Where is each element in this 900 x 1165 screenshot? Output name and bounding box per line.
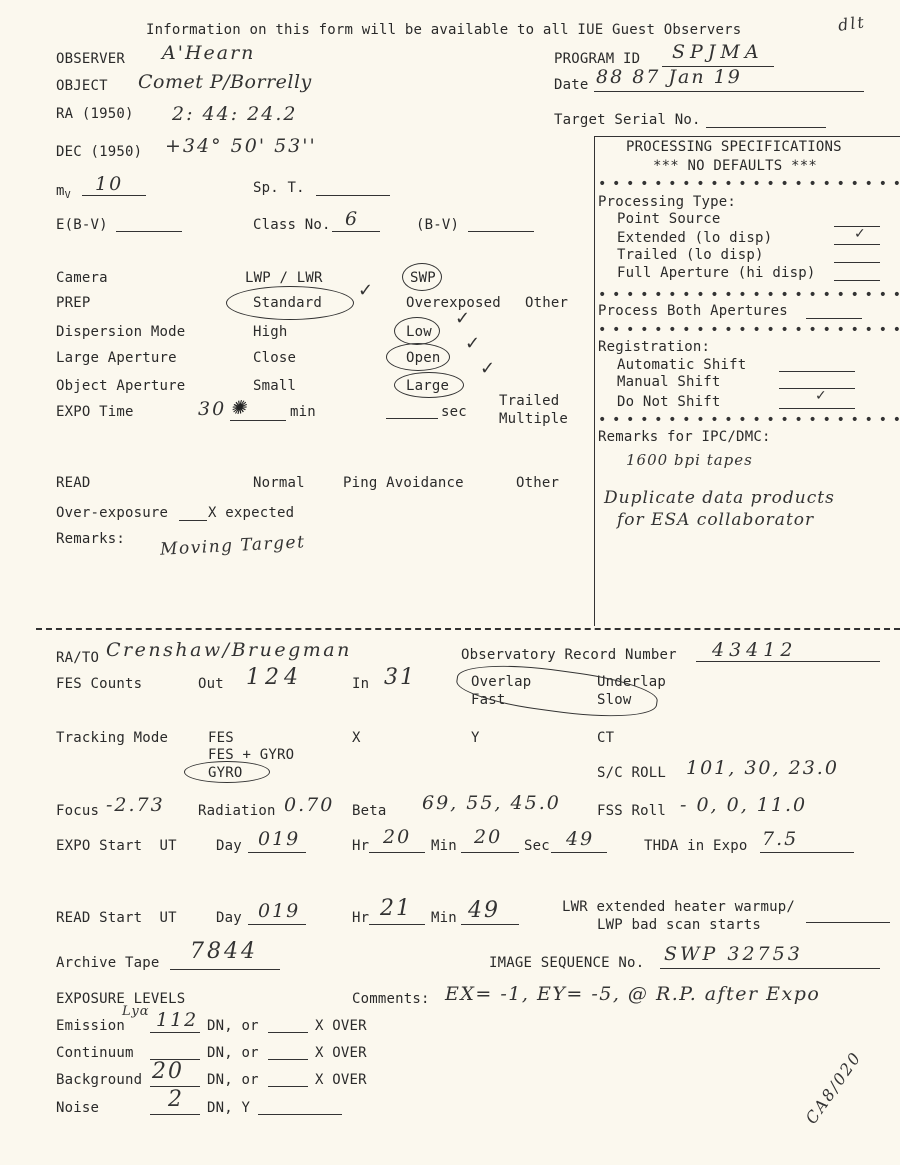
fes-in-label: In bbox=[352, 676, 369, 692]
read-option-normal[interactable]: Normal bbox=[253, 475, 305, 491]
form-notice: Information on this form will be availab… bbox=[146, 22, 741, 38]
section-divider bbox=[36, 628, 900, 630]
large-aperture-label: Large Aperture bbox=[56, 350, 177, 366]
noise-dn-field[interactable]: 2 bbox=[168, 1090, 184, 1110]
ebv-label: E(B-V) bbox=[56, 217, 108, 233]
expo-start-label: EXPO Start UT bbox=[56, 838, 177, 854]
dotted-divider: •••••••••••••••••••••••••••••••• bbox=[598, 412, 900, 428]
processing-type-point-source: Point Source bbox=[617, 211, 721, 227]
observatory-record-field[interactable]: 43412 bbox=[712, 640, 797, 660]
emission-over-field[interactable] bbox=[268, 1032, 308, 1033]
registration-automatic-shift-field[interactable] bbox=[779, 371, 855, 372]
expo-sec-field[interactable]: 49 bbox=[566, 829, 594, 849]
fes-out-field[interactable]: 124 bbox=[246, 668, 303, 688]
dec-label: DEC (1950) bbox=[56, 144, 142, 160]
observatory-record-label: Observatory Record Number bbox=[461, 647, 677, 663]
expo-trailed-option[interactable]: Trailed bbox=[499, 393, 559, 409]
image-sequence-label: IMAGE SEQUENCE No. bbox=[489, 955, 644, 971]
corner-initials: dlt bbox=[837, 12, 867, 36]
remarks-label: Remarks: bbox=[56, 531, 125, 547]
selection-circle bbox=[454, 656, 660, 726]
read-day-label: Day bbox=[216, 910, 242, 926]
thda-label: THDA in Expo bbox=[644, 838, 748, 854]
check-mark-icon: ✓ bbox=[854, 226, 866, 242]
radiation-label: Radiation bbox=[198, 803, 276, 819]
camera-label: Camera bbox=[56, 270, 108, 286]
tracking-option-fes[interactable]: FES bbox=[208, 730, 234, 746]
footer-mark: CA8/020 bbox=[802, 1048, 867, 1128]
read-day-field[interactable]: 019 bbox=[258, 901, 300, 921]
continuum-over-label: X OVER bbox=[315, 1045, 367, 1061]
comments-field[interactable]: EX= -1, EY= -5, @ R.P. after Expo bbox=[445, 984, 820, 1004]
processing-title: PROCESSING SPECIFICATIONS bbox=[626, 139, 842, 155]
object-aperture-option-small[interactable]: Small bbox=[253, 378, 296, 394]
lwr-note-line1: LWR extended heater warmup/ bbox=[562, 899, 795, 915]
lwr-note-line2: LWP bad scan starts bbox=[597, 917, 761, 933]
remarks-ipc-dmc-label: Remarks for IPC/DMC: bbox=[598, 429, 771, 445]
expo-sec-label: Sec bbox=[524, 838, 550, 854]
expo-time-label: EXPO Time bbox=[56, 404, 134, 420]
ra-field[interactable]: 2: 44: 24.2 bbox=[172, 104, 297, 124]
ebv-field[interactable] bbox=[116, 231, 182, 232]
read-option-ping-avoidance[interactable]: Ping Avoidance bbox=[343, 475, 464, 491]
radiation-field[interactable]: 0.70 bbox=[284, 795, 334, 815]
selection-circle bbox=[394, 317, 440, 345]
remarks-ipc-dmc-line1[interactable]: 1600 bpi tapes bbox=[626, 450, 753, 470]
expo-time-min-field[interactable]: 30 bbox=[198, 399, 226, 419]
emission-over-label: X OVER bbox=[315, 1018, 367, 1034]
target-serial-field[interactable] bbox=[706, 127, 826, 128]
background-over-field[interactable] bbox=[268, 1086, 308, 1087]
processing-subtitle: *** NO DEFAULTS *** bbox=[653, 158, 817, 174]
emission-label: Emission bbox=[56, 1018, 125, 1034]
read-hr-field[interactable]: 21 bbox=[380, 899, 412, 919]
selection-circle bbox=[386, 343, 450, 371]
expo-day-label: Day bbox=[216, 838, 242, 854]
fes-out-label: Out bbox=[198, 676, 224, 692]
fes-in-field[interactable]: 31 bbox=[384, 668, 416, 688]
remarks-ipc-dmc-line2[interactable]: Duplicate data products bbox=[604, 488, 835, 508]
expo-day-field[interactable]: 019 bbox=[258, 829, 300, 849]
check-mark-icon: ✓ bbox=[480, 358, 495, 379]
expo-min-label: min bbox=[290, 404, 316, 420]
tracking-mode-label: Tracking Mode bbox=[56, 730, 168, 746]
dec-field[interactable]: +34° 50' 53'' bbox=[165, 136, 317, 156]
emission-dn-field[interactable]: 112 bbox=[156, 1010, 198, 1030]
registration-do-not-shift: Do Not Shift bbox=[617, 394, 721, 410]
selection-circle bbox=[184, 761, 270, 783]
expo-sec-label: sec bbox=[441, 404, 467, 420]
dispersion-label: Dispersion Mode bbox=[56, 324, 185, 340]
selection-circle bbox=[402, 263, 442, 291]
continuum-label: Continuum bbox=[56, 1045, 134, 1061]
focus-field[interactable]: -2.73 bbox=[106, 795, 165, 815]
program-id-field[interactable]: SPJMA bbox=[672, 42, 764, 62]
check-mark-icon: ✓ bbox=[358, 280, 373, 301]
archive-tape-label: Archive Tape bbox=[56, 955, 160, 971]
process-both-apertures-label: Process Both Apertures bbox=[598, 303, 788, 319]
class-no-field[interactable]: 6 bbox=[345, 209, 359, 229]
background-label: Background bbox=[56, 1072, 142, 1088]
target-serial-label: Target Serial No. bbox=[554, 112, 701, 128]
expo-time-sec-field[interactable] bbox=[386, 418, 438, 419]
archive-tape-field[interactable]: 7844 bbox=[190, 942, 258, 962]
dotted-divider: •••••••••••••••••••••••••••••••• bbox=[598, 176, 900, 192]
read-min-field[interactable]: 49 bbox=[468, 901, 500, 921]
read-option-other[interactable]: Other bbox=[516, 475, 559, 491]
remarks-ipc-dmc-line3[interactable]: for ESA collaborator bbox=[617, 510, 814, 530]
program-id-label: PROGRAM ID bbox=[554, 51, 640, 67]
bv-label: (B-V) bbox=[416, 217, 459, 233]
expo-multiple-option[interactable]: Multiple bbox=[499, 411, 568, 427]
prep-option-other[interactable]: Other bbox=[525, 295, 568, 311]
registration-manual-shift: Manual Shift bbox=[617, 374, 721, 390]
date-field[interactable]: 88 87 Jan 19 bbox=[596, 67, 742, 87]
processing-type-extended: Extended (lo disp) bbox=[617, 230, 772, 246]
beta-label: Beta bbox=[352, 803, 387, 819]
beta-field[interactable]: 69, 55, 45.0 bbox=[422, 793, 561, 813]
dotted-divider: •••••••••••••••••••••••••••••••• bbox=[598, 322, 900, 338]
camera-option-lwp-lwr[interactable]: LWP / LWR bbox=[245, 270, 323, 286]
expo-hr-field[interactable]: 20 bbox=[383, 827, 411, 847]
continuum-suffix: DN, or bbox=[207, 1045, 259, 1061]
overexposure-field[interactable] bbox=[179, 520, 207, 521]
fes-counts-label: FES Counts bbox=[56, 676, 142, 692]
selection-circle bbox=[226, 286, 354, 320]
expo-min-field[interactable]: 20 bbox=[474, 827, 502, 847]
image-sequence-field[interactable]: SWP 32753 bbox=[664, 944, 803, 964]
mv-label: mV bbox=[56, 183, 71, 204]
expo-min-label: Min bbox=[431, 838, 457, 854]
read-label: READ bbox=[56, 475, 91, 491]
dispersion-option-high[interactable]: High bbox=[253, 324, 288, 340]
process-both-apertures-field[interactable] bbox=[806, 318, 862, 319]
ra-to-field[interactable]: Crenshaw/Bruegman bbox=[106, 640, 352, 660]
overexposure-suffix: X expected bbox=[208, 505, 294, 521]
background-dn-field[interactable]: 20 bbox=[152, 1062, 184, 1082]
object-label: OBJECT bbox=[56, 78, 108, 94]
processing-type-full-aperture: Full Aperture (hi disp) bbox=[617, 265, 815, 281]
noise-suffix: DN, Y bbox=[207, 1100, 250, 1116]
prep-option-overexposed[interactable]: Overexposed bbox=[406, 295, 501, 311]
large-aperture-option-close[interactable]: Close bbox=[253, 350, 296, 366]
date-label: Date bbox=[554, 77, 589, 93]
noise-label: Noise bbox=[56, 1100, 99, 1116]
fss-roll-label: FSS Roll bbox=[597, 803, 666, 819]
dotted-divider: •••••••••••••••••••••••••••••••• bbox=[598, 287, 900, 303]
remarks-field[interactable]: Moving Target bbox=[160, 532, 306, 560]
emission-annotation: Lyα bbox=[122, 1002, 150, 1022]
registration-do-not-shift-field[interactable] bbox=[779, 408, 855, 409]
tracking-y-label: Y bbox=[471, 730, 480, 746]
read-hr-label: Hr bbox=[352, 910, 369, 926]
sp-type-field[interactable] bbox=[316, 195, 390, 196]
comments-label: Comments: bbox=[352, 991, 430, 1007]
noise-y-field[interactable] bbox=[258, 1114, 342, 1115]
check-mark-icon: ✓ bbox=[815, 388, 827, 404]
background-suffix: DN, or bbox=[207, 1072, 259, 1088]
check-mark-icon: ✓ bbox=[455, 308, 470, 329]
ra-to-label: RA/TO bbox=[56, 650, 99, 666]
lwr-note-field[interactable] bbox=[806, 922, 890, 923]
processing-box-left-border bbox=[594, 136, 595, 626]
processing-type-trailed: Trailed (lo disp) bbox=[617, 247, 764, 263]
exposure-levels-label: EXPOSURE LEVELS bbox=[56, 991, 185, 1007]
read-start-label: READ Start UT bbox=[56, 910, 177, 926]
mv-field[interactable]: 10 bbox=[95, 174, 123, 194]
sc-roll-label: S/C ROLL bbox=[597, 765, 666, 781]
object-aperture-label: Object Aperture bbox=[56, 378, 185, 394]
thda-field[interactable]: 7.5 bbox=[762, 829, 798, 849]
object-field[interactable]: Comet P/Borrelly bbox=[138, 72, 312, 92]
processing-type-trailed-field[interactable] bbox=[834, 262, 880, 263]
tracking-x-label: X bbox=[352, 730, 361, 746]
processing-type-label: Processing Type: bbox=[598, 194, 736, 210]
overexposure-label: Over-exposure bbox=[56, 505, 168, 521]
continuum-over-field[interactable] bbox=[268, 1059, 308, 1060]
observer-field[interactable]: A'Hearn bbox=[162, 43, 255, 63]
prep-label: PREP bbox=[56, 295, 91, 311]
selection-circle bbox=[394, 372, 464, 398]
sp-type-label: Sp. T. bbox=[253, 180, 305, 196]
processing-box-top-border bbox=[594, 136, 900, 137]
ra-label: RA (1950) bbox=[56, 106, 134, 122]
fss-roll-field[interactable]: - 0, 0, 11.0 bbox=[680, 795, 807, 815]
processing-type-extended-field[interactable] bbox=[834, 244, 880, 245]
read-min-label: Min bbox=[431, 910, 457, 926]
sc-roll-field[interactable]: 101, 30, 23.0 bbox=[686, 758, 839, 778]
check-mark-icon: ✓ bbox=[465, 333, 480, 354]
registration-label: Registration: bbox=[598, 339, 710, 355]
expo-hr-label: Hr bbox=[352, 838, 369, 854]
processing-type-full-aperture-field[interactable] bbox=[834, 280, 880, 281]
focus-label: Focus bbox=[56, 803, 99, 819]
scribble-icon: ✺ bbox=[230, 398, 248, 418]
emission-suffix: DN, or bbox=[207, 1018, 259, 1034]
background-over-label: X OVER bbox=[315, 1072, 367, 1088]
tracking-ct-label: CT bbox=[597, 730, 614, 746]
observer-label: OBSERVER bbox=[56, 51, 125, 67]
class-no-label: Class No. bbox=[253, 217, 331, 233]
bv-field[interactable] bbox=[468, 231, 534, 232]
registration-automatic-shift: Automatic Shift bbox=[617, 357, 746, 373]
